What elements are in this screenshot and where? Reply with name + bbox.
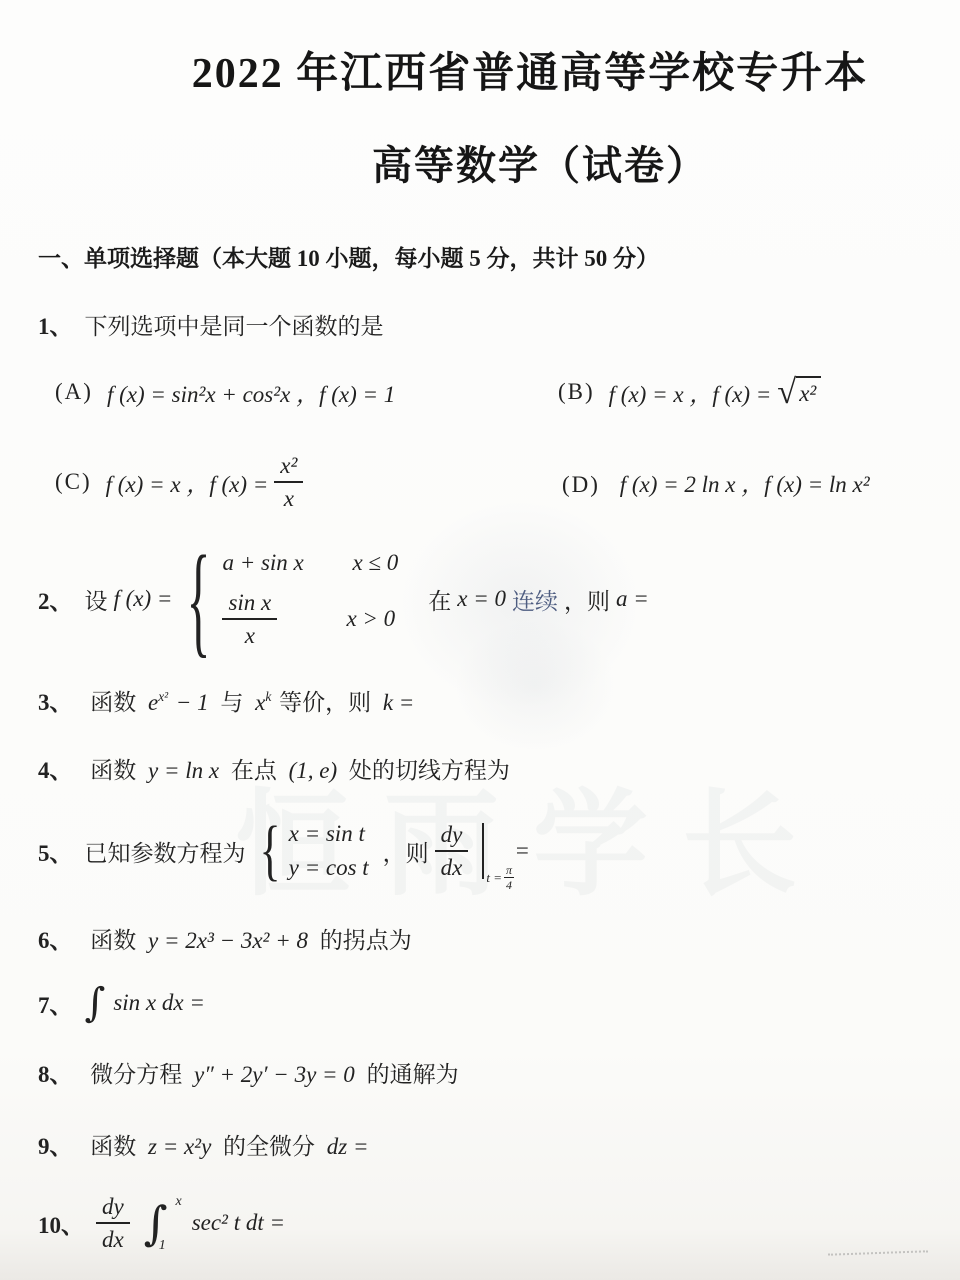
param-x: x = sin t xyxy=(289,821,365,847)
suffix-text-2: ，则 xyxy=(564,583,610,616)
bounded-integral: ∫ x 1 xyxy=(144,1200,180,1246)
question-6-number: 6、 xyxy=(38,928,73,953)
integral-sign: ∫ xyxy=(85,983,106,1023)
fraction-numerator: dy xyxy=(96,1194,130,1224)
question-10-number: 10、 xyxy=(38,1207,84,1240)
section-heading: 一、单项选择题（本大题 10 小题，每小题 5 分，共计 50 分） xyxy=(38,240,659,273)
question-1-option-a: (A) f (x) = sin²x + cos²x ，f (x) = 1 xyxy=(55,372,401,412)
question-1: 1、下列选项中是同一个函数的是 xyxy=(38,308,390,341)
vertical-bar xyxy=(482,823,484,879)
evaluation-bar: t = π 4 xyxy=(482,823,484,879)
question-4-number: 4、 xyxy=(38,758,73,783)
option-d-label: (D) xyxy=(562,472,600,497)
function-z: z = x²y xyxy=(148,1134,211,1159)
integral-upper-bound: x xyxy=(175,1194,181,1210)
mini-numerator: π xyxy=(504,864,514,878)
piecewise-function: { a + sin x x ≤ 0 sin x x x > 0 xyxy=(186,550,404,649)
option-b-label: (B) xyxy=(558,379,595,405)
fraction-denominator: x xyxy=(274,483,303,511)
case-1-condition: x ≤ 0 xyxy=(352,550,398,576)
case-2-condition: x > 0 xyxy=(346,606,395,632)
continuity-point: x = 0 xyxy=(457,586,506,612)
option-a-label: (A) xyxy=(55,379,93,405)
fraction-numerator: x² xyxy=(274,453,303,483)
question-8-text-1: 微分方程 xyxy=(90,1062,182,1087)
question-9-text-2: 的全微分 xyxy=(223,1134,315,1159)
pi-over-4: π 4 xyxy=(504,864,514,891)
question-7-number: 7、 xyxy=(38,987,73,1020)
question-10: 10、 dy dx ∫ x 1 sec² t dt = xyxy=(38,1186,291,1260)
derivative-fraction: dy dx xyxy=(435,822,475,881)
scan-artifact xyxy=(828,1250,928,1255)
piecewise-row-2: sin x x x > 0 xyxy=(222,590,404,649)
radicand: x² xyxy=(796,376,821,407)
question-1-text: 下列选项中是同一个函数的是 xyxy=(85,314,384,339)
base-x: x xyxy=(255,690,265,715)
brace: { xyxy=(186,537,210,662)
piecewise-row-1: a + sin x x ≤ 0 xyxy=(222,550,404,576)
integrand: sin x dx = xyxy=(113,990,205,1016)
question-1-option-d: (D) f (x) = 2 ln x ，f (x) = ln x² xyxy=(562,466,876,499)
fraction-numerator: sin x xyxy=(222,590,277,620)
minus-one: − 1 xyxy=(176,690,209,715)
question-2-text: 设 xyxy=(85,583,108,616)
exponent-k: k xyxy=(265,689,271,704)
point-1-e: (1, e) xyxy=(289,758,338,783)
option-b-formula: f (x) = x ，f (x) = xyxy=(609,376,772,409)
question-8-number: 8、 xyxy=(38,1062,73,1087)
param-y: y = cos t xyxy=(289,855,369,881)
mini-denominator: 4 xyxy=(504,878,514,891)
cubic-function: y = 2x³ − 3x² + 8 xyxy=(148,928,308,953)
differential-dz: dz = xyxy=(327,1134,369,1159)
question-8-text-2: 的通解为 xyxy=(367,1062,459,1087)
question-9: 9、 函数 z = x²y 的全微分 dz = xyxy=(38,1128,375,1161)
exponent-x-squared: x² xyxy=(158,689,168,704)
base-e: e xyxy=(148,690,158,715)
question-6: 6、 函数 y = 2x³ − 3x² + 8 的拐点为 xyxy=(38,922,418,955)
question-5-number: 5、 xyxy=(38,835,73,868)
parametric-rows: x = sin t y = cos t xyxy=(289,821,375,881)
unknown-k: k = xyxy=(383,690,414,715)
question-5: 5、 已知参数方程为 { x = sin t y = cos t ，则 dy d… xyxy=(38,806,536,896)
equals-sign: = xyxy=(514,838,530,864)
question-3-text-3: 等价，则 xyxy=(279,690,371,715)
function-y-lnx: y = ln x xyxy=(148,758,219,783)
derivative-fraction: dy dx xyxy=(96,1194,136,1253)
question-3-text-2: 与 xyxy=(220,690,243,715)
question-1-option-b: (B) f (x) = x ，f (x) = √x² xyxy=(558,368,821,416)
integral-lower-bound: 1 xyxy=(159,1238,166,1254)
question-2-suffix: 在 x = 0 连续 ，则 a = xyxy=(428,583,655,616)
question-3: 3、 函数 ex² − 1 与 xk 等价，则 k = xyxy=(38,684,420,717)
fraction: x² x xyxy=(274,453,309,512)
sqrt-expression: √x² xyxy=(777,376,821,409)
question-4-text-3: 处的切线方程为 xyxy=(349,758,510,783)
question-8: 8、 微分方程 y″ + 2y′ − 3y = 0 的通解为 xyxy=(38,1056,465,1089)
brace: { xyxy=(260,817,281,885)
sub-t-equals: t = xyxy=(486,870,502,886)
option-c-formula: f (x) = x ，f (x) = xyxy=(106,466,269,499)
exam-page: 恒雨学长 2022 年江西省普通高等学校专升本 高等数学（试卷） 一、单项选择题… xyxy=(0,0,960,1280)
piecewise-rows: a + sin x x ≤ 0 sin x x x > 0 xyxy=(222,550,404,649)
fraction-denominator: dx xyxy=(435,852,469,880)
unknown-a: a = xyxy=(616,586,649,612)
question-5-text-1: 已知参数方程为 xyxy=(85,835,246,868)
function-definition: f (x) = xyxy=(114,586,173,612)
case-1-expression: a + sin x xyxy=(222,550,340,576)
fraction-numerator: dy xyxy=(435,822,469,852)
evaluation-subscript: t = π 4 xyxy=(486,864,514,891)
question-9-text-1: 函数 xyxy=(90,1134,136,1159)
parametric-equations: { x = sin t y = cos t xyxy=(260,821,375,881)
question-6-text-1: 函数 xyxy=(90,928,136,953)
question-5-text-2: ，则 xyxy=(383,835,429,868)
question-7: 7、 ∫ sin x dx = xyxy=(38,978,211,1028)
question-9-number: 9、 xyxy=(38,1134,73,1159)
question-2-number: 2、 xyxy=(38,583,73,616)
continuity-word: 连续 xyxy=(512,583,558,616)
question-4-text-1: 函数 xyxy=(90,758,136,783)
case-2-expression: sin x x xyxy=(222,590,340,649)
page-title: 2022 年江西省普通高等学校专升本 xyxy=(192,40,869,100)
differential-equation: y″ + 2y′ − 3y = 0 xyxy=(194,1062,355,1087)
option-d-formula: f (x) = 2 ln x ，f (x) = ln x² xyxy=(620,472,870,497)
question-3-number: 3、 xyxy=(38,690,73,715)
fraction-denominator: x xyxy=(222,620,277,648)
option-a-formula: f (x) = sin²x + cos²x ，f (x) = 1 xyxy=(107,376,395,409)
question-1-option-c: (C) f (x) = x ，f (x) = x² x xyxy=(55,440,315,524)
question-1-number: 1、 xyxy=(38,314,73,339)
fraction: sin x x xyxy=(222,590,283,649)
suffix-text-1: 在 xyxy=(428,583,451,616)
question-6-text-2: 的拐点为 xyxy=(320,928,412,953)
question-4: 4、 函数 y = ln x 在点 (1, e) 处的切线方程为 xyxy=(38,752,516,785)
integrand: sec² t dt = xyxy=(192,1210,285,1236)
fraction-denominator: dx xyxy=(96,1224,130,1252)
option-c-label: (C) xyxy=(55,469,92,495)
radical-sign: √ xyxy=(777,376,796,409)
question-2: 2、 设 f (x) = { a + sin x x ≤ 0 sin x x x xyxy=(38,533,655,665)
question-3-text-1: 函数 xyxy=(90,690,136,715)
question-4-text-2: 在点 xyxy=(231,758,277,783)
page-subtitle: 高等数学（试卷） xyxy=(372,134,708,191)
